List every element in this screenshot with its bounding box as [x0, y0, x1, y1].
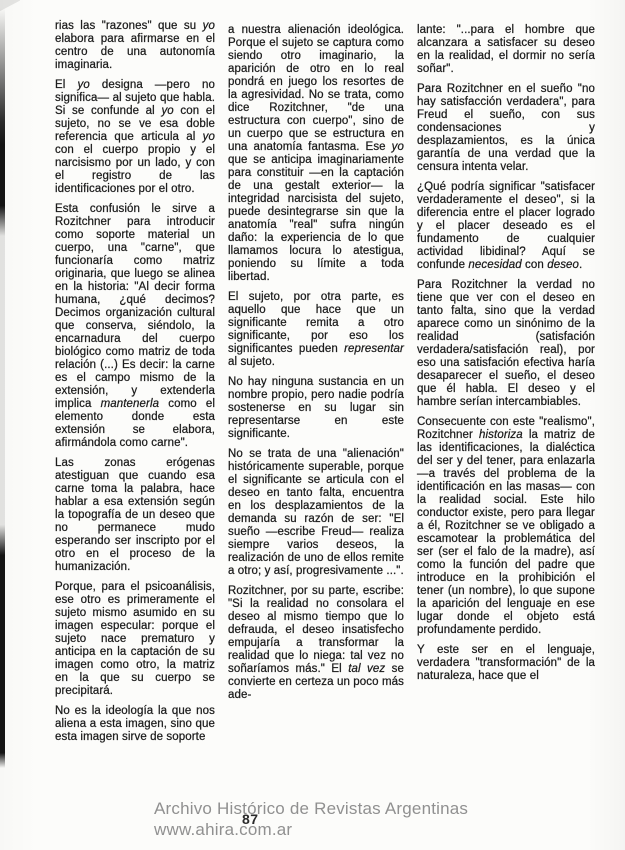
footer-watermark: Archivo Histórico de Revistas Argentinas…	[154, 798, 468, 840]
paragraph: lante: "...para el hombre que alcanzara …	[417, 24, 595, 76]
paragraph: ¿Qué podría significar "satisfacer verda…	[417, 181, 595, 272]
paragraph: No se trata de una "alienación" históric…	[228, 448, 404, 578]
paragraph: a nuestra alienación ideológica. Porque …	[228, 24, 404, 284]
paragraph: El sujeto, por otra parte, es aquello qu…	[228, 291, 404, 369]
article-text-area: rias las "razones" que su yo elabora par…	[55, 20, 595, 751]
paragraph: rias las "razones" que su yo elabora par…	[55, 20, 215, 72]
watermark-url: www.ahira.com.ar	[154, 819, 468, 840]
paragraph: Las zonas erógenas atestiguan que cuando…	[55, 457, 215, 574]
paragraph: Y este ser en el lenguaje, verdadera "tr…	[417, 644, 595, 683]
scanned-journal-page: { "page": { "number": "87", "watermark":…	[0, 0, 625, 850]
paragraph: No es la ideología la que nos aliena a e…	[55, 705, 215, 744]
paragraph: Esta confusión le sirve a Rozitchner par…	[55, 203, 215, 450]
spine-shadow-bar	[0, 8, 5, 768]
paragraph: Porque, para el psicoanálisis, ese otro …	[55, 581, 215, 698]
paragraph: Rozitchner, por su parte, escribe: "Si l…	[228, 585, 404, 702]
paragraph: Para Rozitchner en el sueño "no hay sati…	[417, 83, 595, 174]
text-column-2: a nuestra alienación ideológica. Porque …	[228, 20, 404, 751]
paragraph: No hay ninguna sustancia en un nombre pr…	[228, 376, 404, 441]
watermark-archive-name: Archivo Histórico de Revistas Argentinas	[154, 798, 468, 819]
paragraph: Para Rozitchner la verdad no tiene que v…	[417, 279, 595, 409]
paragraph: Consecuente con este "realismo", Rozitch…	[417, 416, 595, 637]
text-column-3: lante: "...para el hombre que alcanzara …	[417, 20, 595, 751]
text-column-1: rias las "razones" que su yo elabora par…	[55, 20, 215, 751]
paragraph: El yo designa —pero no significa— al suj…	[55, 79, 215, 196]
